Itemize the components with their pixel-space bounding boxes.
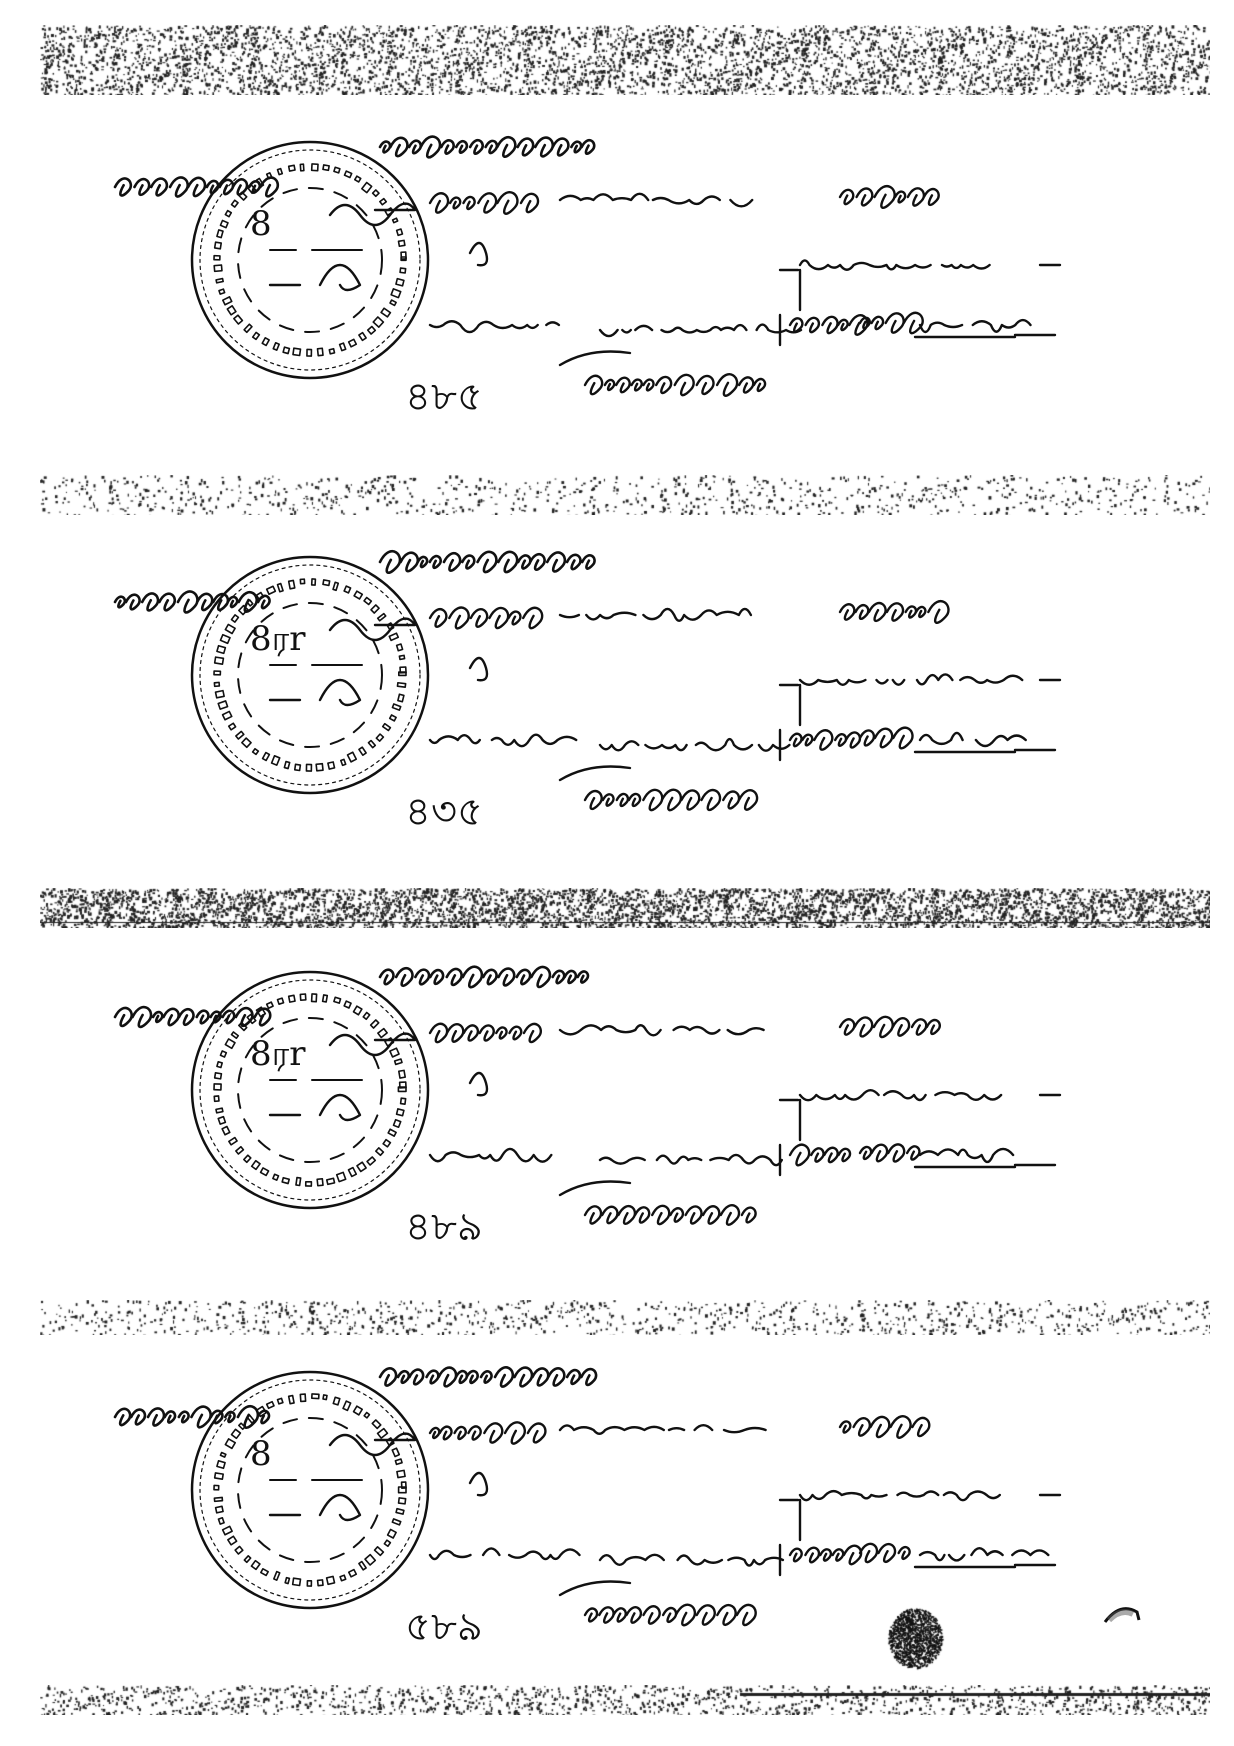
stamp-number: 8ரr [250, 619, 306, 659]
handwritten-numeral: ৫৮৯ [405, 1604, 483, 1650]
handwritten-line-4 [600, 728, 1055, 760]
document-script: Bengali (handwritten, mirror-imaged) [0, 0, 1, 1]
document-block: 8ரr৪৮৯ [0, 955, 1234, 1285]
handwritten-line-1 [380, 551, 595, 572]
handwritten-line-3 [470, 243, 1060, 310]
left-annotation [115, 177, 278, 196]
handwritten-line-5 [560, 1582, 756, 1626]
handwritten-line-4 [600, 1544, 1055, 1575]
handwritten-line-2 [430, 186, 939, 214]
handwritten-line-1 [380, 1367, 596, 1386]
circular-stamp: 8ரr [192, 557, 428, 793]
handwritten-line-2 [430, 1017, 940, 1042]
scan-noise-band [40, 475, 1210, 515]
handwritten-numeral: ৪৩৫ [405, 789, 483, 835]
handwritten-line-3 [470, 658, 1060, 725]
scan-noise-band [40, 1685, 1210, 1715]
document-block: 8৫৮৯ [0, 1355, 1234, 1685]
scan-noise-band [40, 25, 1210, 95]
handwritten-numeral: ৪৮৯ [405, 1204, 483, 1250]
document-type: scanned handwritten document (mirrored s… [0, 0, 1, 1]
stamp-number: 8 [250, 1434, 272, 1474]
circular-stamp: 8 [192, 1372, 428, 1608]
handwritten-line-5 [560, 1182, 756, 1225]
scan-noise-band [40, 1300, 1210, 1335]
circular-stamp: 8ரr [192, 972, 428, 1208]
scan-noise-band [40, 888, 1210, 928]
handwritten-line-3 [470, 1473, 1060, 1540]
document-block: 8ரr৪৩৫ [0, 540, 1234, 870]
handwritten-numeral: ৪৮৫ [405, 374, 483, 420]
handwritten-line-2 [430, 601, 948, 628]
circular-stamp: 8 [192, 142, 428, 378]
handwritten-line-5 [560, 352, 765, 396]
handwritten-line-4 [600, 313, 1055, 345]
partial-circle-artifact [1095, 1600, 1155, 1640]
handwritten-line-3 [470, 1073, 1060, 1140]
left-annotation [115, 1406, 269, 1427]
document-block: 8৪৮৫ [0, 125, 1234, 455]
stamp-number: 8ரr [250, 1034, 306, 1074]
handwritten-line-1 [380, 137, 594, 158]
ink-blot [880, 1600, 950, 1680]
handwritten-line-5 [560, 767, 757, 811]
handwritten-line-1 [380, 967, 588, 987]
handwritten-line-2 [430, 1416, 929, 1443]
handwritten-line-4 [600, 1144, 1055, 1175]
stamp-number: 8 [250, 204, 272, 244]
